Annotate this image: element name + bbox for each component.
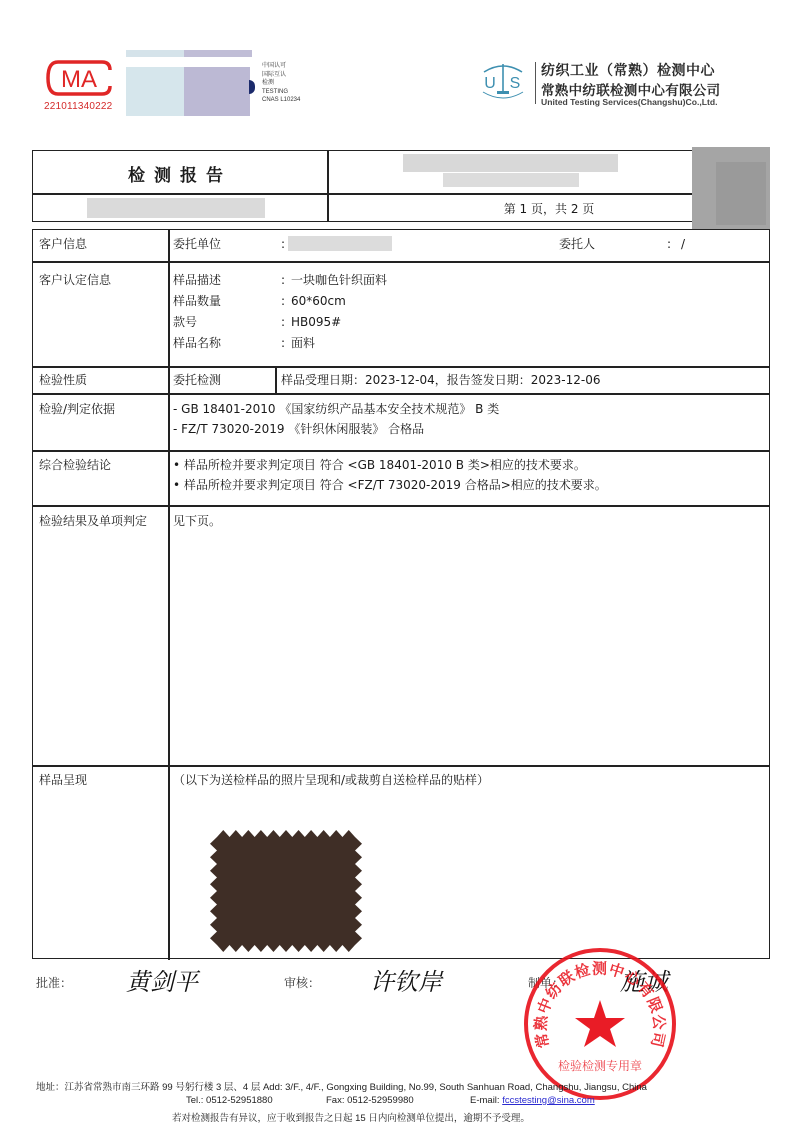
label-entrusting-unit: 委托单位 bbox=[173, 234, 221, 254]
basis-item: - GB 18401-2010 《国家纺织产品基本安全技术规范》 B 类 bbox=[173, 399, 499, 419]
row-divider bbox=[33, 505, 769, 507]
redacted-report-number bbox=[443, 173, 579, 187]
footer-address: 地址：江苏省常熟市南三环路 99 号躬行楼 3 层、4 层 Add: 3/F.,… bbox=[36, 1079, 647, 1093]
inspection-type-value: 委托检测 bbox=[173, 370, 221, 390]
label-client-confirmed: 客户认定信息 bbox=[39, 270, 111, 290]
redacted-logo-area bbox=[126, 50, 184, 57]
conclusion-item: • 样品所检并要求判定项目 符合 <GB 18401-2010 B 类>相应的技… bbox=[173, 455, 586, 475]
redacted-entrusting-unit bbox=[288, 236, 392, 251]
seal-text-bottom: 检验检测专用章 bbox=[558, 1058, 642, 1073]
conclusion-item: • 样品所检并要求判定项目 符合 <FZ/T 73020-2019 合格品>相应… bbox=[173, 475, 607, 495]
label-sample: 样品呈现 bbox=[39, 770, 87, 790]
report-title-box: 检测报告 第 1 页，共 2 页 bbox=[32, 150, 770, 222]
svg-text:MA: MA bbox=[61, 66, 97, 93]
footer-fax: Fax: 0512-52959980 bbox=[326, 1095, 414, 1106]
svg-text:U: U bbox=[484, 75, 496, 92]
label-client-info: 客户信息 bbox=[39, 234, 87, 254]
colon: : bbox=[667, 234, 671, 254]
redacted-qr-code bbox=[692, 147, 770, 229]
row-divider bbox=[33, 765, 769, 767]
redacted-logo-area bbox=[184, 50, 252, 57]
label-results: 检验结果及单项判定 bbox=[39, 511, 147, 531]
client-value: / bbox=[681, 234, 685, 254]
redacted-logo-area bbox=[126, 67, 184, 116]
row-divider bbox=[33, 366, 769, 368]
row-divider bbox=[33, 450, 769, 452]
fabric-swatch-image bbox=[210, 830, 362, 952]
column-divider bbox=[168, 230, 170, 960]
uts-logo-icon: U S bbox=[478, 58, 528, 104]
cma-logo-icon: MA bbox=[44, 58, 114, 98]
approve-label: 批准： bbox=[36, 974, 72, 991]
redacted-field bbox=[87, 198, 265, 218]
label-conclusion: 综合检验结论 bbox=[39, 455, 111, 475]
redacted-logo-area bbox=[184, 67, 250, 116]
email-link[interactable]: fccstesting@sina.com bbox=[502, 1095, 595, 1106]
redacted-report-number bbox=[403, 154, 618, 172]
column-divider bbox=[275, 366, 277, 394]
colon: : bbox=[281, 234, 285, 254]
org-name-cn-1: 纺织工业（常熟）检测中心 bbox=[541, 60, 715, 80]
org-name-cn-2: 常熟中纺联检测中心有限公司 bbox=[541, 79, 720, 99]
results-value: 见下页。 bbox=[173, 511, 221, 531]
sample-dates: 样品受理日期：2023-12-04，报告签发日期：2023-12-06 bbox=[281, 370, 600, 390]
review-signature: 许钦岸 bbox=[370, 962, 442, 997]
footer-email: E-mail: fccstesting@sina.com bbox=[470, 1095, 595, 1106]
org-name-en: United Testing Services(Changshu)Co.,Ltd… bbox=[541, 97, 718, 107]
divider bbox=[535, 62, 536, 104]
email-label: E-mail: bbox=[470, 1095, 500, 1106]
label-client: 委托人 bbox=[559, 234, 595, 254]
svg-text:S: S bbox=[510, 75, 521, 92]
row-divider bbox=[33, 261, 769, 263]
review-label: 审核： bbox=[284, 974, 320, 991]
basis-item: - FZ/T 73020-2019 《针织休闲服装》 合格品 bbox=[173, 419, 424, 439]
label-basis: 检验/判定依据 bbox=[39, 399, 115, 419]
report-table: 客户信息 委托单位 : 委托人 : / 客户认定信息 样品描述 : 一块咖色针织… bbox=[32, 229, 770, 959]
divider bbox=[33, 193, 769, 195]
report-title: 检测报告 bbox=[33, 161, 327, 186]
row-divider bbox=[33, 393, 769, 395]
footer-notice: 若对检测报告有异议，应于收到报告之日起 15 日内向检测单位提出，逾期不予受理。 bbox=[172, 1110, 530, 1124]
sample-note: （以下为送检样品的照片呈现和/或裁剪自送检样品的贴样） bbox=[173, 770, 489, 790]
cnas-logo-icon bbox=[249, 80, 255, 94]
footer-tel: Tel.: 0512-52951880 bbox=[186, 1095, 273, 1106]
label-inspection-type: 检验性质 bbox=[39, 370, 87, 390]
cma-number: 221011340222 bbox=[44, 101, 112, 112]
cnas-text: 中国认可 国际互认 检测 TESTING CNAS L10234 bbox=[262, 62, 300, 105]
approve-signature: 黄剑平 bbox=[126, 962, 198, 997]
